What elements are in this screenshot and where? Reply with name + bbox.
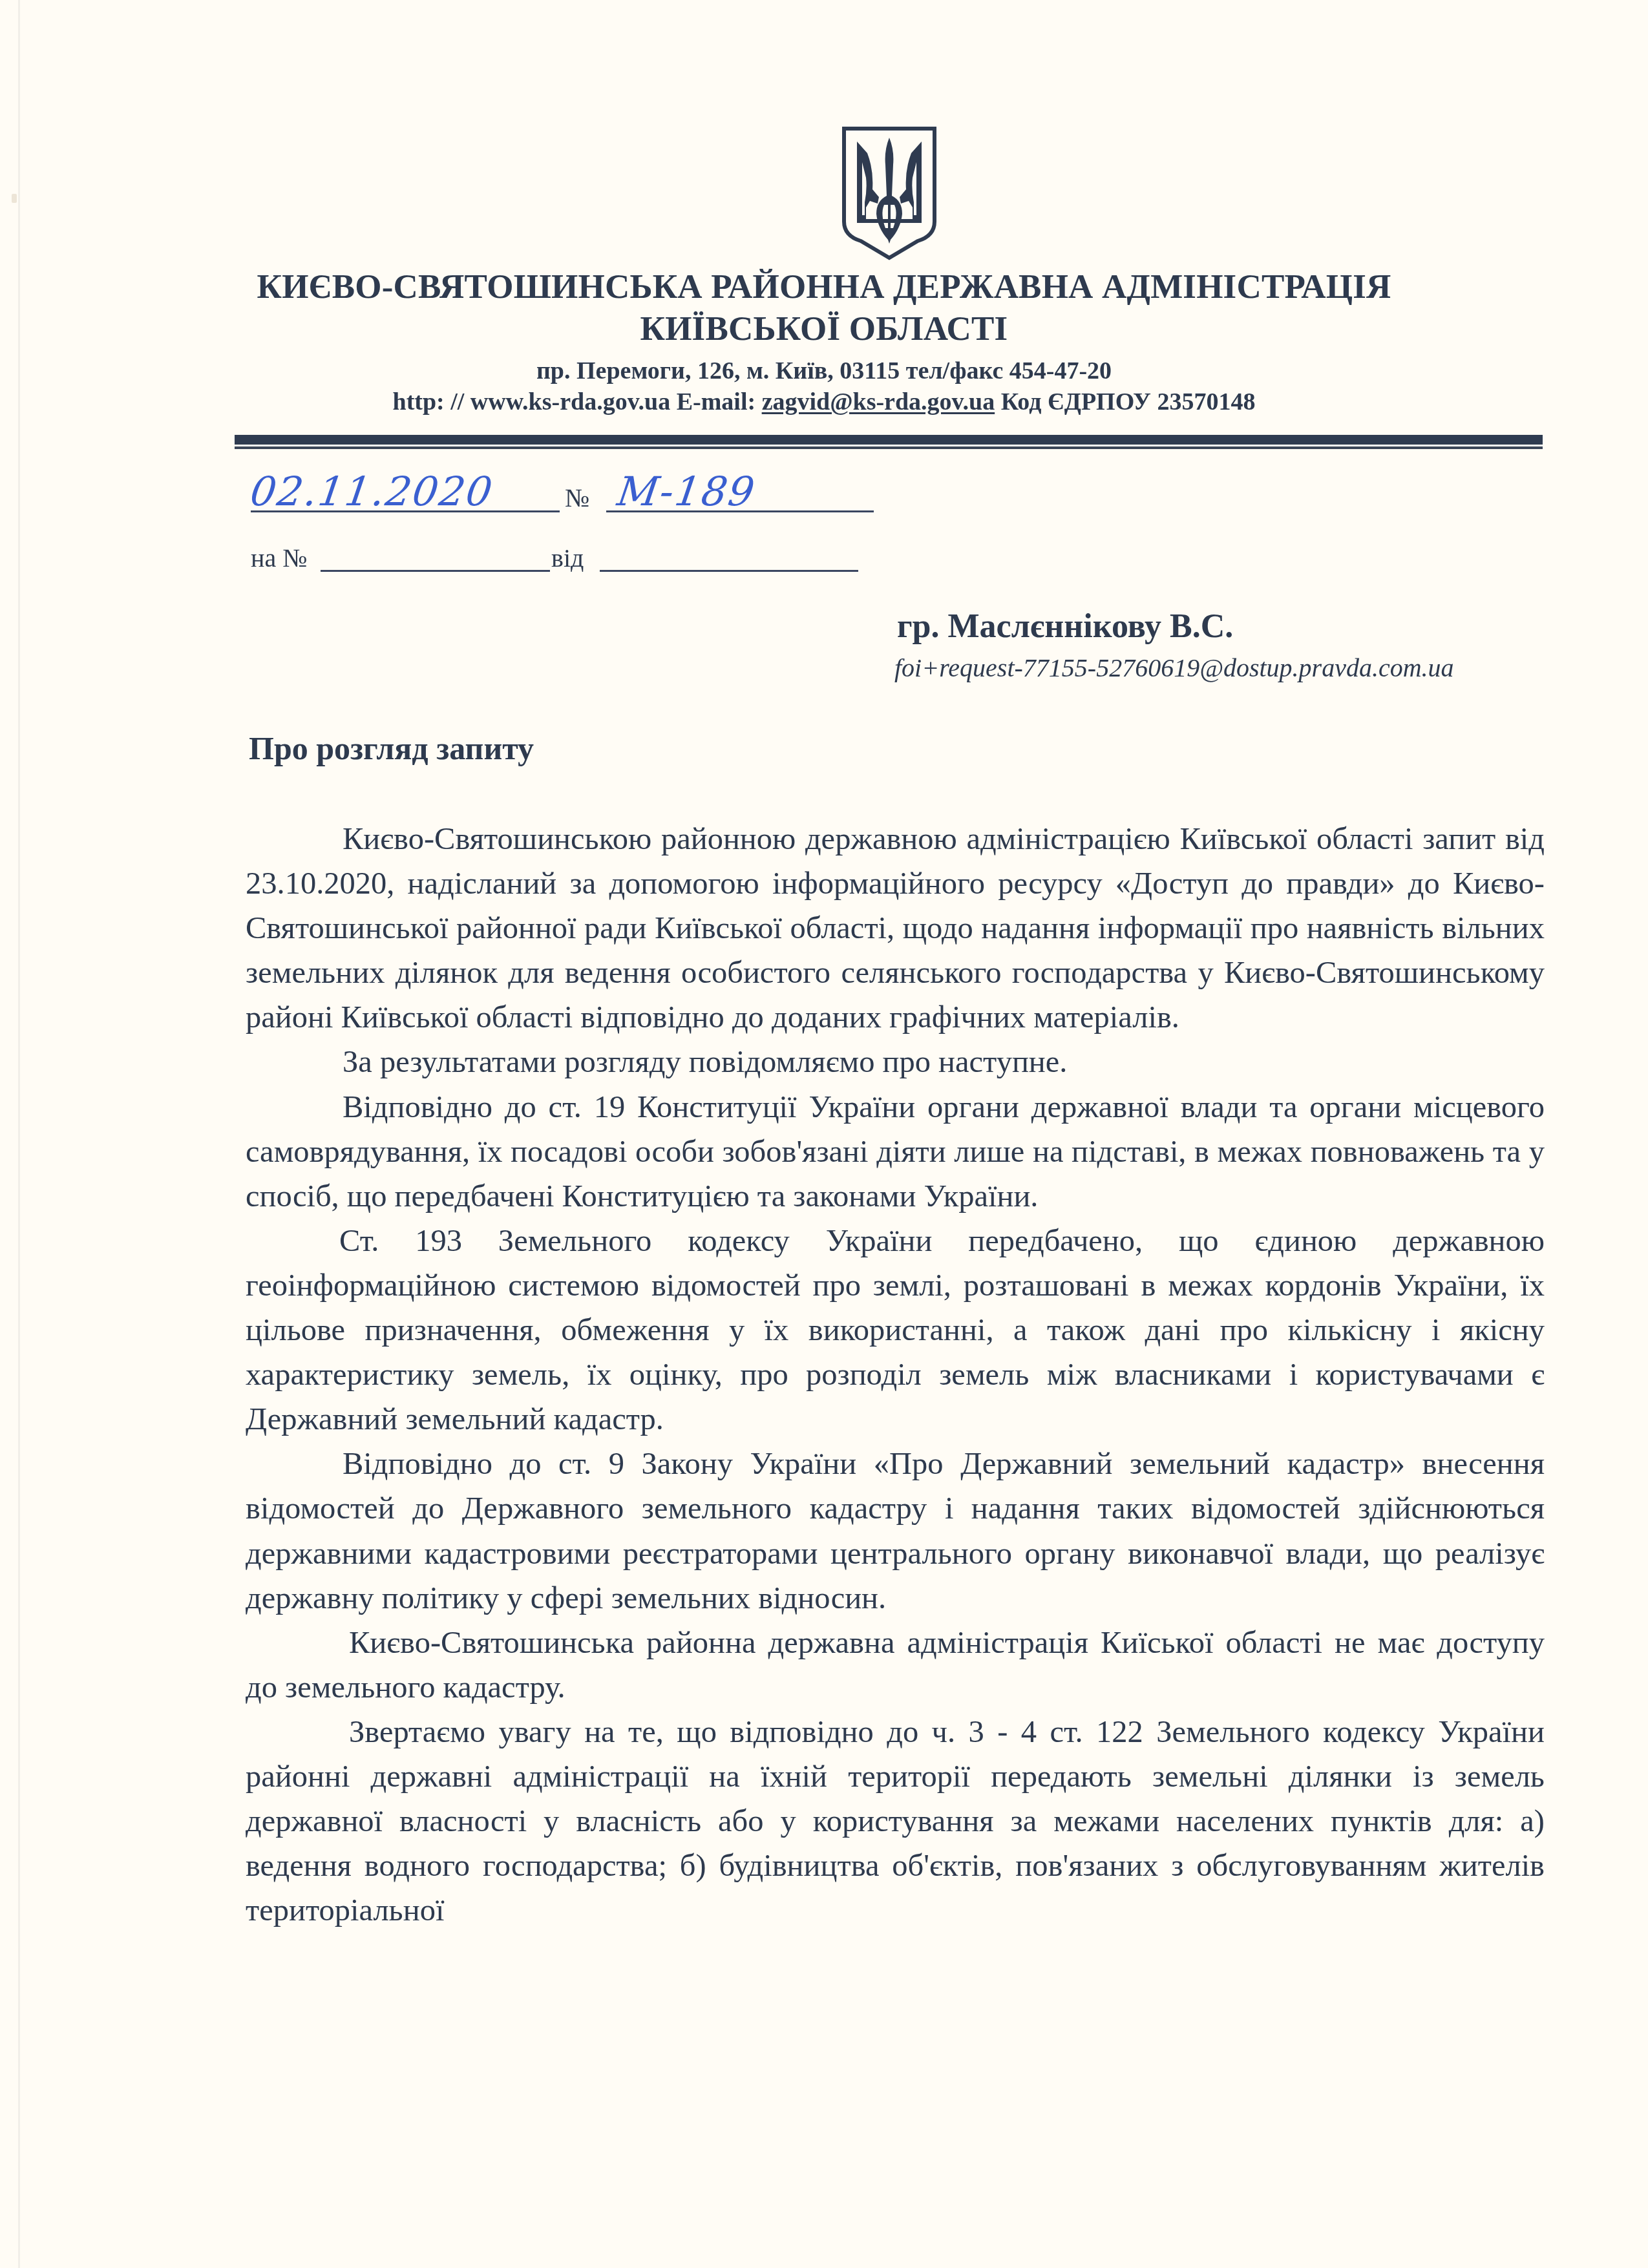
- trident-coat-of-arms-icon: [840, 125, 938, 260]
- recipient-block: гр. Маслєннікову В.С. foi+request-77155-…: [897, 610, 1454, 681]
- handwritten-date: 02.11.2020: [248, 472, 496, 512]
- body-paragraph: Києво-Святошинською районною державною а…: [246, 817, 1545, 1040]
- letterhead-separator-thin: [235, 446, 1543, 449]
- body-paragraph: Ст. 193 Земельного кодексу України перед…: [246, 1219, 1545, 1442]
- org-email-link[interactable]: zagvid@ks-rda.gov.ua: [762, 388, 995, 415]
- body-paragraph: Звертаємо увагу на те, що відповідно до …: [246, 1710, 1545, 1933]
- org-website[interactable]: http: // www.ks-rda.gov.ua E-mail:: [393, 388, 762, 415]
- org-edrpou: Код ЄДРПОУ 23570148: [995, 388, 1255, 415]
- recipient-name: гр. Маслєннікову В.С.: [897, 610, 1454, 644]
- org-address: пр. Перемоги, 126, м. Київ, 03115 тел/фа…: [0, 359, 1648, 383]
- org-name-line2: КИЇВСЬКОЇ ОБЛАСТІ: [0, 312, 1648, 346]
- letterhead-separator-thick: [235, 435, 1543, 445]
- reply-to-field: [321, 570, 550, 572]
- scan-speck: [12, 194, 17, 203]
- from-field: [600, 570, 858, 572]
- number-label: №: [565, 485, 589, 511]
- recipient-email[interactable]: foi+request-77155-52760619@dostup.pravda…: [894, 655, 1454, 681]
- body-paragraph: За результатами розгляду повідомляємо пр…: [246, 1040, 1545, 1084]
- number-blank-line: [606, 510, 874, 512]
- handwritten-number: М-189: [615, 472, 758, 512]
- letter-subject: Про розгляд запиту: [249, 732, 534, 764]
- org-name-line1: КИЄВО-СВЯТОШИНСЬКА РАЙОННА ДЕРЖАВНА АДМІ…: [0, 270, 1648, 304]
- reply-to-label: на №: [251, 545, 307, 571]
- body-paragraph: Відповідно до ст. 9 Закону України «Про …: [246, 1442, 1545, 1620]
- body-paragraph: Києво-Святошинська районна державна адмі…: [246, 1621, 1545, 1710]
- date-blank-line: [251, 510, 560, 512]
- from-label: від: [551, 545, 584, 571]
- org-contacts: http: // www.ks-rda.gov.ua E-mail: zagvi…: [0, 390, 1648, 414]
- body-paragraph: Відповідно до ст. 19 Конституції України…: [246, 1085, 1545, 1219]
- letter-body: Києво-Святошинською районною державною а…: [246, 817, 1545, 1933]
